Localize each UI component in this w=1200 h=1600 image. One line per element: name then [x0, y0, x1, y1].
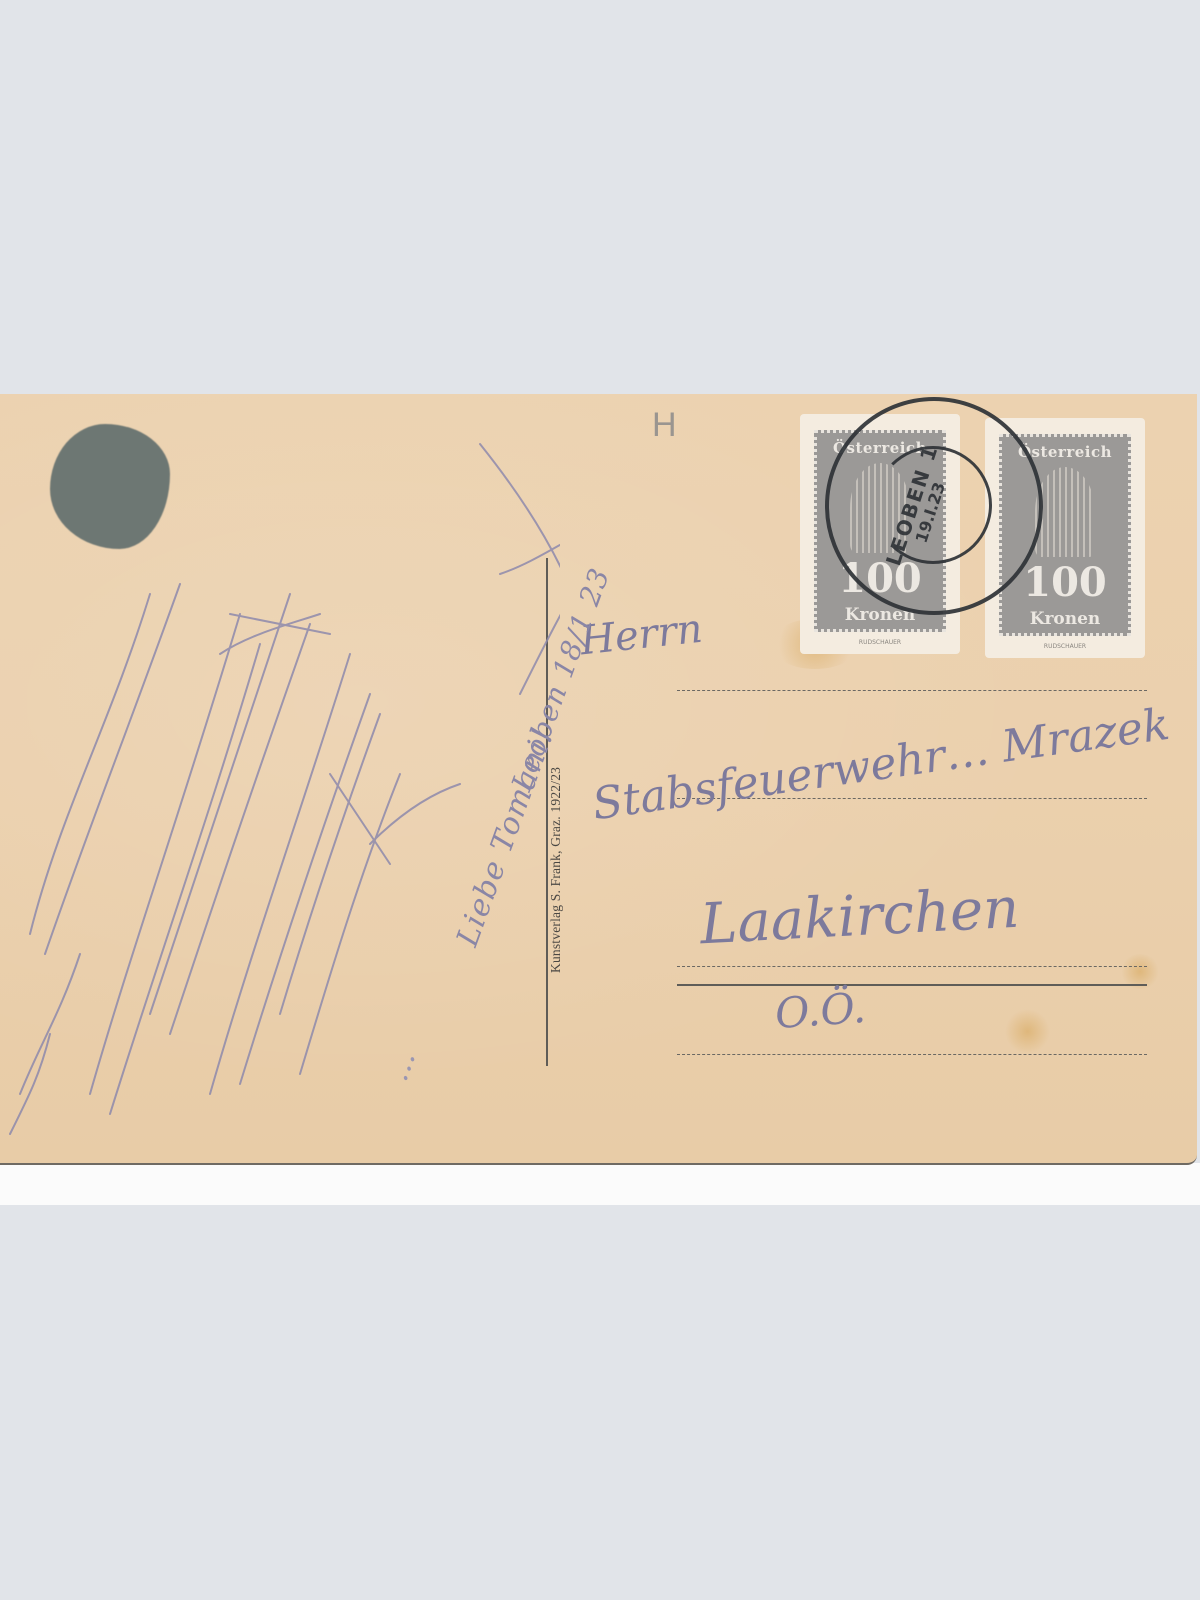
pencil-mark: H [652, 406, 677, 445]
postmark: LEOBEN 1 19.I.23 [825, 397, 1043, 615]
address-underline [677, 984, 1147, 986]
wheat-icon [1035, 467, 1095, 557]
address-name: Stabsfeuerwehr… Mrazek [589, 699, 1172, 830]
address-line [677, 1054, 1147, 1055]
address-town: Laakirchen [699, 876, 1021, 958]
scan-margin [0, 1163, 1200, 1205]
stamp-value: 100 [1023, 563, 1107, 603]
handwriting-strokes [0, 394, 560, 1163]
stamp-unit: Kronen [1030, 609, 1101, 629]
age-stain [1005, 1009, 1050, 1054]
stamp-imprint: RUDSCHAUER [985, 643, 1145, 650]
address-line [677, 966, 1147, 967]
address-region: O.Ö. [773, 983, 867, 1038]
address-line [677, 690, 1147, 691]
stamp-imprint: RUDSCHAUER [800, 639, 960, 646]
